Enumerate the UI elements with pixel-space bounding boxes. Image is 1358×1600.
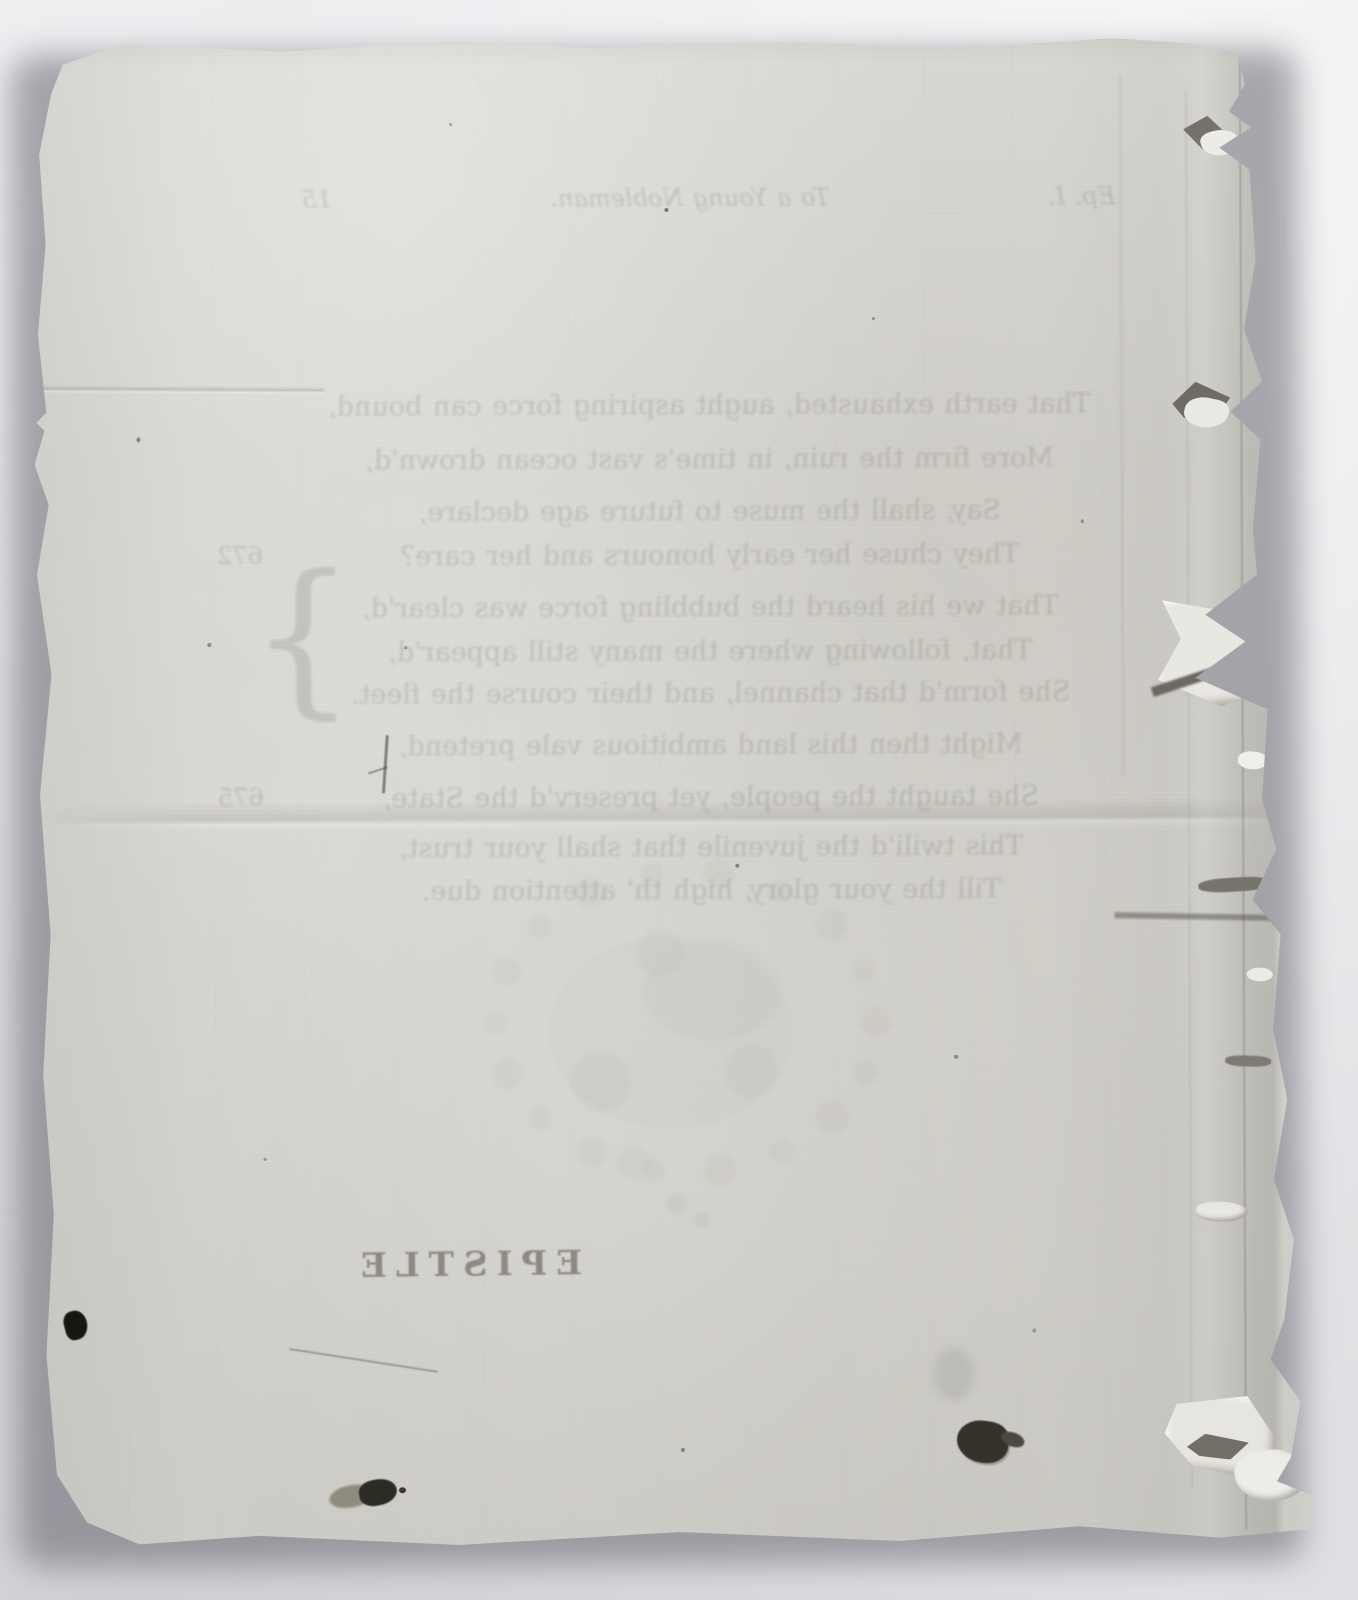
- paper-leaf: Ep. I. To a Young Nobleman. 15 That eart…: [33, 29, 1332, 1561]
- ink-blot: [357, 1476, 399, 1508]
- speck: [954, 1055, 958, 1059]
- speck: [207, 643, 211, 647]
- tear-flap: [1196, 1202, 1248, 1222]
- speck: [1081, 519, 1084, 523]
- speck: [681, 1448, 685, 1452]
- ink-blot: [399, 1487, 406, 1493]
- ghost-triplet-brace: }: [249, 561, 357, 711]
- speck: [404, 646, 407, 649]
- ghost-epistle-number: Ep. I.: [1048, 182, 1115, 210]
- speck: [735, 864, 739, 868]
- ghost-page-number: 15: [301, 186, 332, 214]
- ghost-line: She form'd that channel, and their cours…: [275, 676, 1145, 711]
- speck: [449, 123, 452, 126]
- ghost-running-head: Ep. I. To a Young Nobleman. 15: [273, 182, 1143, 214]
- ink-blot: [61, 1308, 90, 1342]
- speck: [1032, 1328, 1036, 1332]
- speck: [872, 317, 875, 320]
- ghost-line: That earth exhausted, aught aspiring for…: [274, 388, 1144, 423]
- ghost-line: That, following where the many still app…: [275, 634, 1145, 669]
- ghost-line: Say, shall the muse to future age declar…: [275, 494, 1145, 529]
- fold-crease-left: [34, 385, 324, 395]
- speck: [264, 1158, 267, 1161]
- ghost-line: That we his heard the bubbling force was…: [275, 590, 1145, 625]
- seal-impression: [450, 831, 922, 1233]
- fold-crease-horizontal: [36, 797, 1328, 833]
- ghost-text-block: Ep. I. To a Young Nobleman. 15 That eart…: [273, 170, 1146, 814]
- photo-backdrop: Ep. I. To a Young Nobleman. 15 That eart…: [0, 0, 1358, 1600]
- scratch-line: [289, 1348, 438, 1373]
- speck: [136, 437, 140, 442]
- ghost-line: They chuse her early honours and her car…: [275, 538, 1145, 573]
- ghost-catchword-epistle: EPISTLE: [282, 1243, 582, 1287]
- ghost-line: Might then this land ambitious vale pret…: [276, 728, 1146, 763]
- smudge-mark: [932, 1347, 974, 1401]
- speck: [664, 208, 668, 212]
- ghost-line: More firm the ruin, in time's vast ocean…: [274, 442, 1144, 477]
- ghost-title: To a Young Nobleman.: [550, 183, 829, 212]
